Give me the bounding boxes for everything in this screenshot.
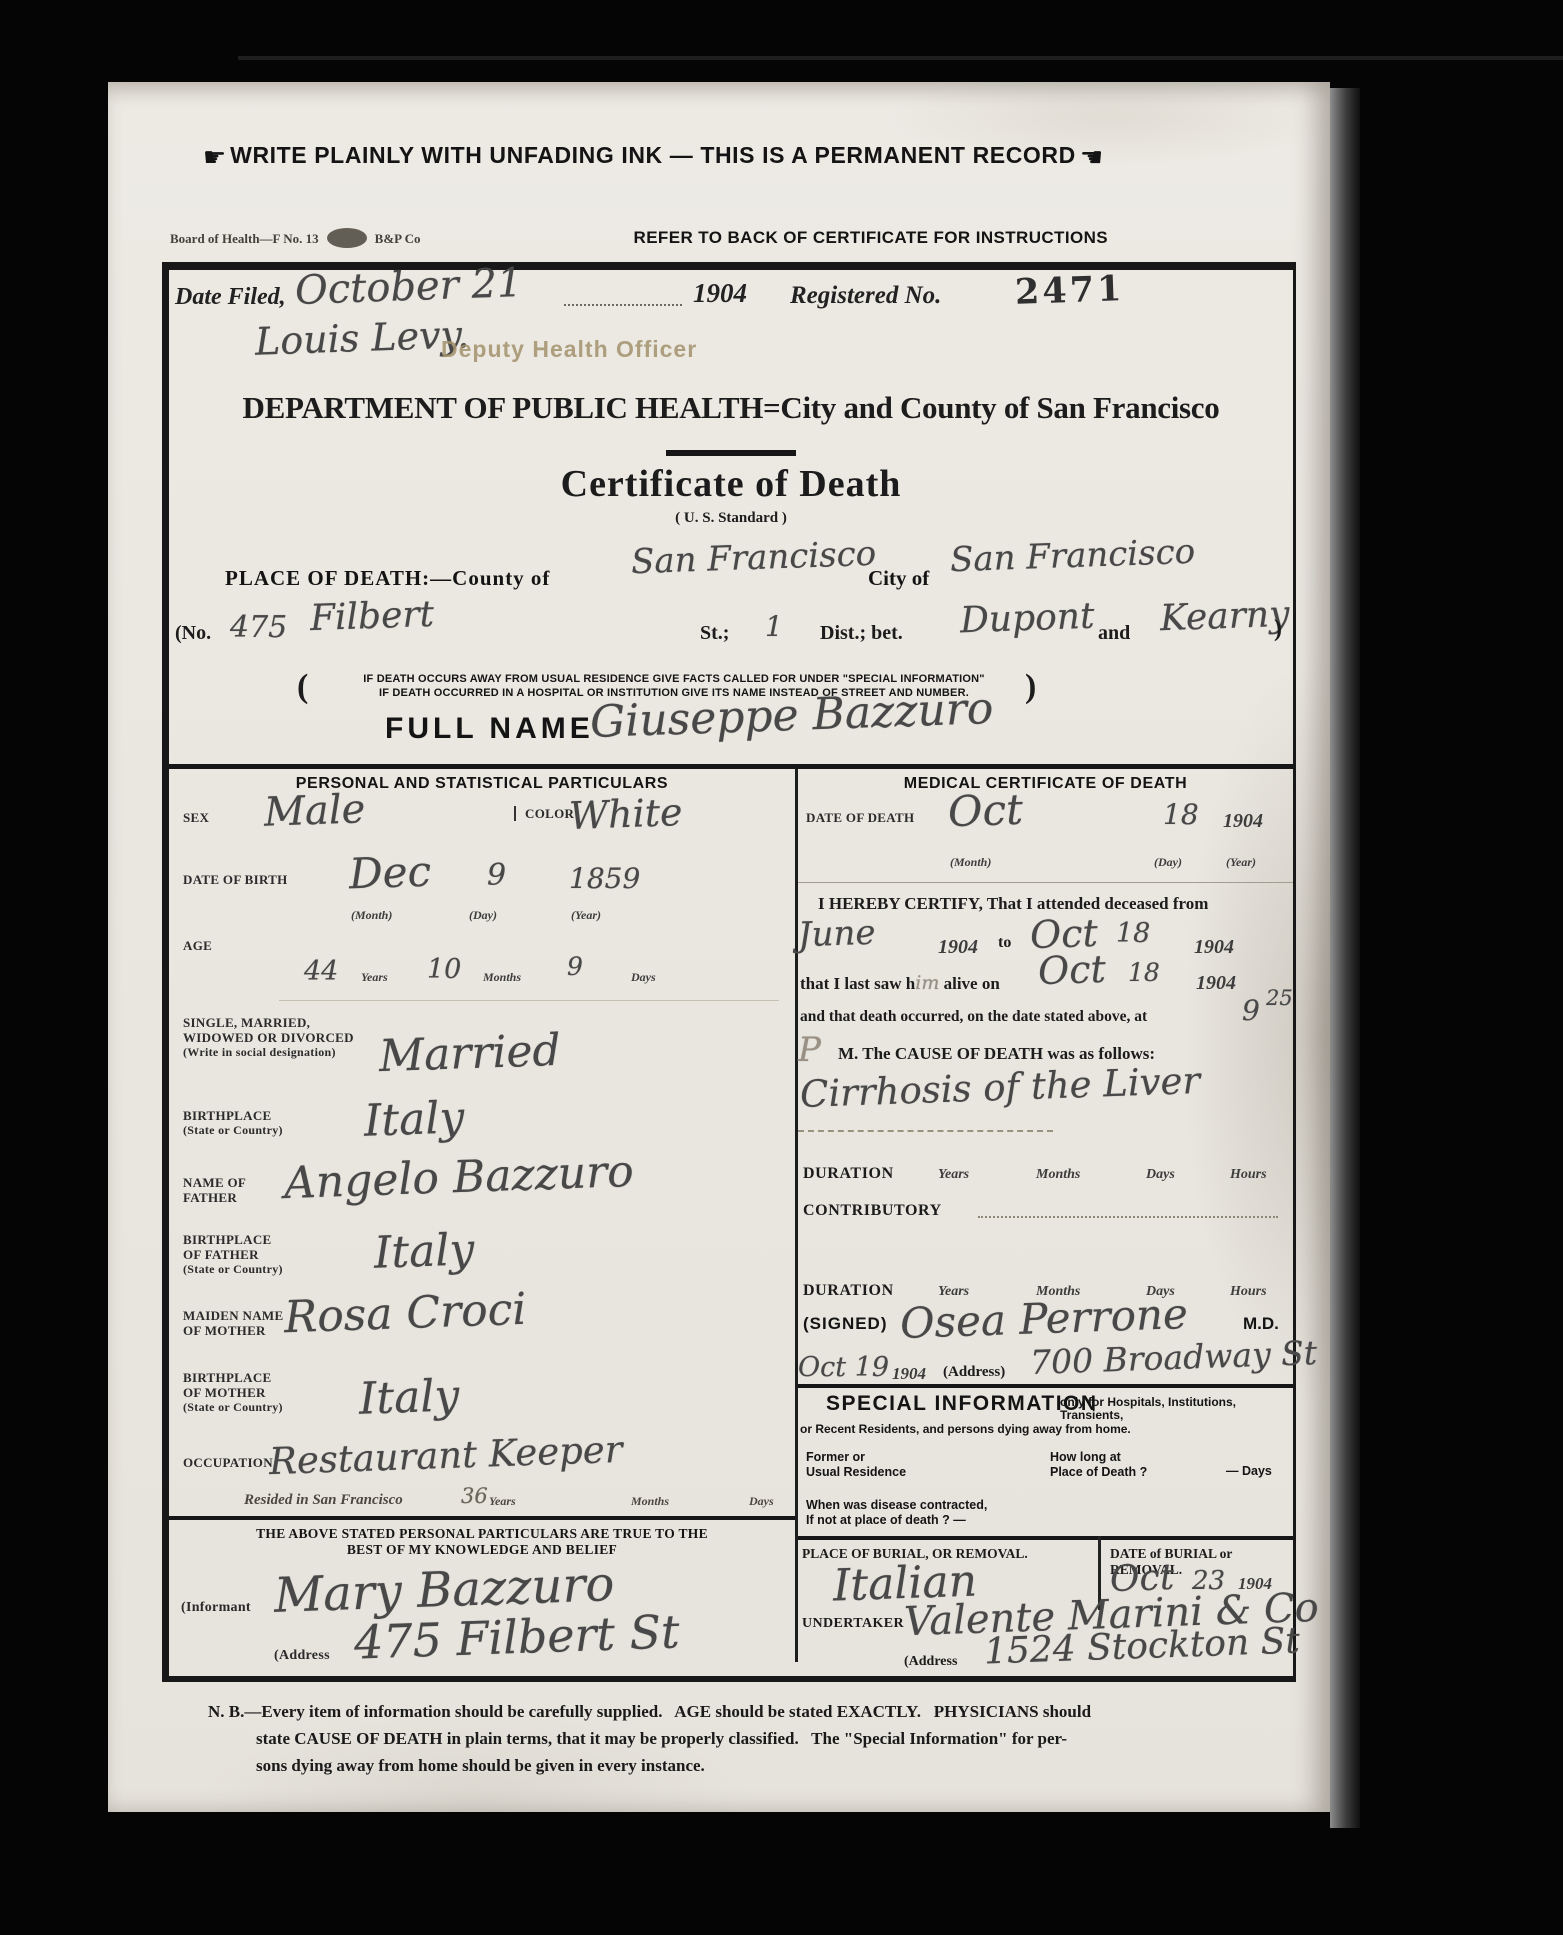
occupation-label: OCCUPATION (183, 1455, 273, 1470)
age-underline (279, 1000, 779, 1001)
birthplace-label-line2: (State or Country) (183, 1123, 283, 1138)
last-saw-fill: im (915, 972, 939, 994)
color-value: White (568, 790, 683, 838)
marital-value: Married (378, 1025, 561, 1082)
mother-birthplace-label: BIRTHPLACE OF MOTHER (State or Country) (183, 1370, 283, 1415)
page-gutter-shadow (1330, 88, 1360, 1828)
attended-to-year: 1904 (1194, 936, 1234, 959)
printer-stamp-icon (327, 228, 367, 248)
scan-streak (238, 56, 1563, 60)
mother-birthplace-label-line3: (State or Country) (183, 1400, 283, 1415)
birthplace-label: BIRTHPLACE (State or Country) (183, 1108, 283, 1138)
how-long-line1: How long at (1050, 1450, 1147, 1465)
how-long-days-caption: — Days (1226, 1464, 1272, 1478)
death-occurred-statement: and that death occurred, on the date sta… (800, 1008, 1147, 1026)
mother-name-label: MAIDEN NAME OF MOTHER (183, 1308, 283, 1338)
death-time-minutes: 25 (1266, 986, 1293, 1010)
informant-label: (Informant (181, 1600, 251, 1615)
father-birthplace-value: Italy (373, 1224, 475, 1278)
birthplace-value: Italy (363, 1092, 465, 1146)
dob-year-value: 1859 (569, 862, 640, 895)
father-name-label: NAME OF FATHER (183, 1175, 246, 1205)
top-banner: ☛ WRITE PLAINLY WITH UNFADING INK — THIS… (148, 142, 1158, 173)
attended-from-year: 1904 (938, 936, 978, 959)
special-info-title: SPECIAL INFORMATION (826, 1392, 1098, 1416)
age-years-caption: Years (361, 970, 388, 985)
marital-label-line1: SINGLE, MARRIED, (183, 1015, 354, 1030)
how-long-line2: Place of Death ? (1050, 1465, 1147, 1480)
occupation-value: Restaurant Keeper (268, 1428, 623, 1483)
contributory-label: CONTRIBUTORY (803, 1202, 942, 1220)
age-days-value: 9 (567, 952, 583, 981)
footnote: N. B.—Every item of information should b… (208, 1698, 1298, 1779)
footnote-line3: sons dying away from home should be give… (208, 1752, 1298, 1779)
resided-years-value: 36 (461, 1484, 488, 1508)
dod-divider (798, 882, 1293, 883)
age-years-value: 44 (304, 956, 338, 987)
last-saw-year: 1904 (1196, 972, 1236, 995)
form-code-group: Board of Health—F No. 13 B&P Co (170, 228, 421, 248)
father-birthplace-label-line1: BIRTHPLACE (183, 1232, 283, 1247)
duration-months-caption: Months (1036, 1167, 1080, 1183)
former-residence-line2: Usual Residence (806, 1465, 906, 1480)
sex-value: Male (263, 786, 366, 836)
dod-year-caption: (Year) (1226, 855, 1256, 870)
mother-birthplace-label-line1: BIRTHPLACE (183, 1370, 283, 1385)
burial-rule (798, 1536, 1293, 1540)
masthead-row: Board of Health—F No. 13 B&P Co REFER TO… (170, 228, 1108, 248)
physician-address-label: (Address) (943, 1364, 1005, 1381)
dob-label: DATE OF BIRTH (183, 872, 288, 887)
scan-background: { "banner": { "pointer_right": "☛", "tex… (0, 0, 1563, 1935)
last-saw-day: 18 (1128, 958, 1160, 987)
marital-label-line2: WIDOWED OR DIVORCED (183, 1030, 354, 1045)
dob-year-caption: (Year) (571, 908, 601, 923)
last-saw-post: alive on (939, 974, 999, 993)
resided-months-caption: Months (631, 1494, 669, 1509)
father-name-value: Angelo Bazzuro (283, 1146, 634, 1209)
dob-day-caption: (Day) (469, 908, 497, 923)
dob-month-caption: (Month) (351, 908, 392, 923)
cause-scratch-line (798, 1130, 1053, 1132)
personal-column: PERSONAL AND STATISTICAL PARTICULARS SEX… (169, 270, 795, 1676)
resided-days-caption: Days (749, 1494, 774, 1509)
contributory-filler (978, 1202, 1278, 1218)
dod-day-caption: (Day) (1154, 855, 1182, 870)
resided-years-caption: Years (489, 1494, 516, 1509)
footnote-line1: N. B.—Every item of information should b… (208, 1698, 1298, 1725)
mother-birthplace-value: Italy (358, 1370, 460, 1424)
color-label: COLOR (514, 806, 574, 821)
meridiem-hand-value: P (798, 1030, 821, 1070)
duration-days-caption: Days (1146, 1167, 1175, 1183)
attended-from-month: June (797, 913, 876, 956)
form-code: Board of Health—F No. 13 (170, 231, 319, 246)
informant-address-label: (Address (274, 1648, 330, 1663)
mother-name-label-line1: MAIDEN NAME (183, 1308, 283, 1323)
informant-address-value: 475 Filbert St (353, 1604, 680, 1669)
cause-of-death-label: M. The CAUSE OF DEATH was as follows: (838, 1044, 1155, 1064)
truth-statement-line1: THE ABOVE STATED PERSONAL PARTICULARS AR… (169, 1526, 795, 1542)
medical-section-title: MEDICAL CERTIFICATE OF DEATH (798, 775, 1293, 793)
pointing-hand-left-icon: ☚ (1080, 143, 1103, 173)
special-info-note2: or Recent Residents, and persons dying a… (800, 1422, 1131, 1436)
date-of-death-label: DATE OF DEATH (806, 810, 914, 825)
cause-of-death-value: Cirrhosis of the Liver (799, 1059, 1200, 1116)
last-saw-pre: that I last saw h (800, 974, 915, 993)
father-birthplace-label-line2: OF FATHER (183, 1247, 283, 1262)
duration2-label: DURATION (803, 1282, 894, 1300)
undertaker-address-label: (Address (904, 1654, 957, 1670)
dod-month-caption: (Month) (950, 855, 991, 870)
undertaker-label: UNDERTAKER (802, 1616, 904, 1632)
last-saw-statement: that I last saw him alive on (800, 972, 1000, 994)
how-long-label: How long at Place of Death ? (1050, 1450, 1147, 1480)
age-label: AGE (183, 938, 212, 953)
informant-rule (169, 1516, 795, 1520)
signed-year-value: 1904 (892, 1364, 926, 1384)
medical-column: MEDICAL CERTIFICATE OF DEATH DATE OF DEA… (798, 270, 1293, 1676)
marital-label: SINGLE, MARRIED, WIDOWED OR DIVORCED (Wr… (183, 1015, 354, 1060)
certificate-page: ☛ WRITE PLAINLY WITH UNFADING INK — THIS… (108, 82, 1330, 1812)
mother-birthplace-label-line2: OF MOTHER (183, 1385, 283, 1400)
refer-note: REFER TO BACK OF CERTIFICATE FOR INSTRUC… (634, 228, 1108, 248)
dob-day-value: 9 (487, 858, 506, 893)
resided-label: Resided in San Francisco (244, 1492, 403, 1509)
attended-to-day: 18 (1116, 918, 1150, 949)
dob-month-value: Dec (348, 847, 432, 899)
sex-label: SEX (183, 810, 209, 825)
birthplace-label-line1: BIRTHPLACE (183, 1108, 283, 1123)
former-residence-label: Former or Usual Residence (806, 1450, 906, 1480)
special-info-note1: only for Hospitals, Institutions, Transi… (1060, 1396, 1292, 1422)
signed-date-value: Oct 19 (798, 1352, 889, 1383)
father-name-label-line2: FATHER (183, 1190, 246, 1205)
date-of-death-month: Oct (947, 785, 1024, 837)
age-months-caption: Months (483, 970, 521, 985)
special-info-rule (798, 1384, 1293, 1388)
to-label: to (998, 934, 1011, 952)
duration2-hours-caption: Hours (1230, 1284, 1267, 1300)
date-of-death-day: 18 (1163, 798, 1199, 831)
disease-contracted-line1: When was disease contracted, (806, 1498, 987, 1513)
father-birthplace-label: BIRTHPLACE OF FATHER (State or Country) (183, 1232, 283, 1277)
disease-contracted-label: When was disease contracted, If not at p… (806, 1498, 987, 1528)
banner-text: WRITE PLAINLY WITH UNFADING INK — THIS I… (230, 142, 1076, 168)
death-time-hour: 9 (1242, 994, 1260, 1027)
date-of-death-year: 1904 (1223, 810, 1263, 833)
age-days-caption: Days (631, 970, 656, 985)
disease-contracted-line2: If not at place of death ? — (806, 1513, 987, 1528)
mother-name-value: Rosa Croci (283, 1284, 527, 1343)
pointing-hand-right-icon: ☛ (203, 143, 226, 173)
former-residence-line1: Former or (806, 1450, 906, 1465)
duration-label: DURATION (803, 1165, 894, 1183)
last-saw-month: Oct (1037, 947, 1106, 993)
duration-years-caption: Years (938, 1167, 969, 1183)
mother-name-label-line2: OF MOTHER (183, 1323, 283, 1338)
father-birthplace-label-line3: (State or Country) (183, 1262, 283, 1277)
certificate-box: Date Filed, October 21 1904 Registered N… (162, 262, 1296, 1682)
age-months-value: 10 (427, 954, 461, 985)
signed-label: (SIGNED) (803, 1314, 888, 1334)
duration-hours-caption: Hours (1230, 1167, 1267, 1183)
truth-statement-line2: BEST OF MY KNOWLEDGE AND BELIEF (169, 1542, 795, 1558)
printer-code: B&P Co (375, 231, 421, 246)
footnote-line2: state CAUSE OF DEATH in plain terms, tha… (208, 1725, 1298, 1752)
marital-label-line3: (Write in social designation) (183, 1045, 354, 1060)
certify-statement: I HEREBY CERTIFY, That I attended deceas… (818, 894, 1208, 914)
father-name-label-line1: NAME OF (183, 1175, 246, 1190)
md-label: M.D. (1243, 1314, 1279, 1334)
